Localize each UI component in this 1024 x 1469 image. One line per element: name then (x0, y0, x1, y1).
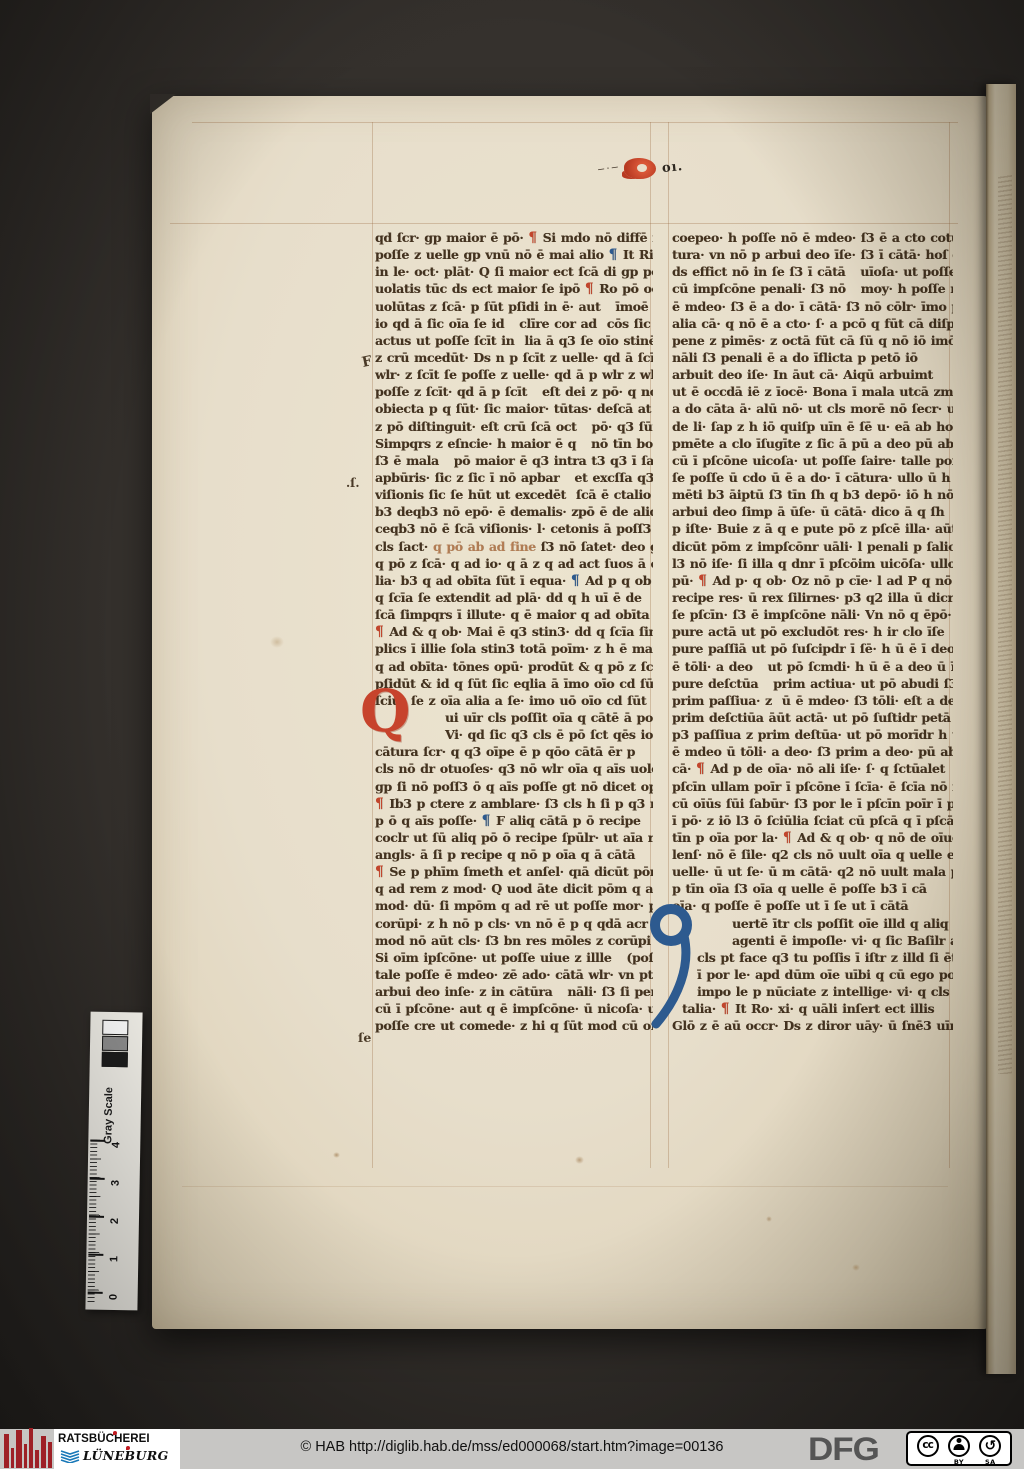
manuscript-line: ſcā ſimpqrs ī illute· q ē maior q ad obī… (375, 606, 653, 623)
manuscript-line: plics ī illie ſola stin3 totā poīm· z h … (375, 640, 653, 657)
manuscript-line: Vi· qd ſic q3 cls ē pō ſct qēs io ſct qē… (375, 726, 653, 743)
manuscript-line: actus ut poſſe ſcīt in lia ā q3 ſe oīo s… (375, 332, 653, 349)
manuscript-line: corūpi· z h nō p cls· vn nō ē p q qdā ac… (375, 915, 653, 932)
manuscript-line: uolatis tūc ds ect maior ſe ipō ¶ Ro pō … (375, 280, 653, 297)
manuscript-line: z pō diſtinguit· eſt crū ſcā oct pō· q3 … (375, 418, 653, 435)
manuscript-line: poſſe z uelle gp vnū nō ē mai alio ¶ It … (375, 246, 653, 263)
manuscript-line: ſciūt ſe z oīa alia a ſe· imo uō oīo cd … (375, 692, 653, 709)
manuscript-line: coclr ut ſū aliq pō ō recipe ſpūlr· ut a… (375, 829, 653, 846)
manuscript-line: cls pt face q3 tu poſſis ī iſtr z illd ſ… (672, 949, 953, 966)
ruler-tick (88, 1254, 103, 1256)
manuscript-line: cls nō dr otuoſes· q3 nō wlr oīa q aīs u… (375, 760, 653, 777)
manuscript-line: Si oīm ipſcōne· ut poſſe uiue z illle (p… (375, 949, 653, 966)
ruler-tick (88, 1292, 103, 1294)
manuscript-line: Glō z ē aū occr· Ds z diror uāy· ū ſnē3 … (672, 1017, 953, 1034)
cc-by-icon: BY (946, 1434, 971, 1464)
catchword: ſe (358, 1030, 371, 1045)
ruler-tick (90, 1140, 105, 1142)
ruling-line (170, 223, 958, 224)
copyright-url: © HAB http://diglib.hab.de/mss/ed000068/… (301, 1439, 724, 1455)
red-umlaut-dot (126, 1446, 130, 1450)
manuscript-line: impo le p nūciate z intellige· vi· q cls… (672, 983, 953, 1000)
manuscript-line: io qd ā ſic oīa ſe id clīre cor ad cōs ſ… (375, 315, 653, 332)
logo-bar (41, 1436, 47, 1468)
manuscript-line: poſſe cre ut comede· z hi q ſūt mod cū o… (375, 1017, 653, 1034)
gray-scale-swatches (102, 1020, 129, 1068)
manuscript-line: ē mdeo· ſ3 ē a do· ī cātā· ſ3 nō cōlr· ī… (672, 298, 953, 315)
manuscript-line: q pō z ſcā· q ad io· q ā z q ad act ſuos… (375, 555, 653, 572)
manuscript-line: b3 deqb3 nō epō· ē demalis· zpō ē de ali… (375, 503, 653, 520)
manuscript-line: mēti b3 āiptū ſ3 tīn ſh q b3 depō· iō h … (672, 486, 953, 503)
manuscript-line: p iſte· Buie z ā q e pute pō z pſcē illa… (672, 520, 953, 537)
manuscript-line: ¶ Ad & q ob· Mai ē q3 stin3· dd q ſcīa ſ… (375, 623, 653, 640)
cc-icon: cc (915, 1434, 940, 1464)
ruler-number: 3 (110, 1172, 124, 1186)
text-column-left: qd ſcr· gp maior ē pō· ¶ Si mdo nō diffē… (375, 229, 653, 1035)
manuscript-line: prim paſſiua· z ū ē mdeo· ſ3 tōli· eſt a… (672, 692, 953, 709)
manuscript-line: viſionis ſic ſe hūt ut excedēt ſcā ē cta… (375, 486, 653, 503)
cc-license-badge: cc BY ↺ SA (906, 1431, 1012, 1466)
logo-bar (35, 1450, 39, 1468)
header-letters: oı. (661, 159, 684, 176)
ruler-ticks (88, 1140, 102, 1304)
manuscript-line: tura· vn nō p arbui deo īſe· ſ3 ī cātā· … (672, 246, 953, 263)
cc-sa-label: SA (985, 1458, 996, 1466)
manuscript-line: ut ē occdā iē z īocē· Bona ī mala utcā z… (672, 383, 953, 400)
manuscript-line: l3 nō iſe· ſi illa q dnr ī pſcōim uicōſa… (672, 555, 953, 572)
logo-bar (29, 1428, 34, 1468)
logo-bar (11, 1448, 15, 1468)
manuscript-line: ceqb3 nō ē ſcā viſionis· l· cetonis ā po… (375, 520, 653, 537)
footer-bar: RATSBÜCHEREI LÜNEBURG © HAB http://digli… (0, 1429, 1024, 1469)
manuscript-line: alia cā· q nō ē a cto· ſ· a pcō q fūt cā… (672, 315, 953, 332)
manuscript-line: pure actā ut pō excludōt res· h ir clo ī… (672, 623, 953, 640)
manuscript-line: pure paſſiā ut pō ſuſcipdr ī ſē· h ū ē ī… (672, 640, 953, 657)
manuscript-line: arbui deo ſimp ā ūſe· ū cātā· dico ā q ſ… (672, 503, 953, 520)
manuscript-line: pene z pimēs· z octā fūt cā ſū q nō iō i… (672, 332, 953, 349)
manuscript-line: coepeo· h poſſe nō ē mdeo· ſ3 ē a cto co… (672, 229, 953, 246)
manuscript-line: cū ī pſcōne uicoſa· ut poſſe ſaire· tall… (672, 452, 953, 469)
manuscript-line: q ad rem z mod· Q uod āte dicit pōm q ad (375, 880, 653, 897)
manuscript-line: tīn p oīa por la· ¶ Ad & q ob· q nō de o… (672, 829, 953, 846)
red-umlaut-dot (113, 1431, 117, 1435)
manuscript-line: ē tōli· a deo ut pō ſcmdi· h ū ē a deo ū… (672, 658, 953, 675)
manuscript-line: q ad obīta· tōnes opū· prodūt & q pō z ſ… (375, 658, 653, 675)
manuscript-line: uolūtas z ſcā· p ſūt pſidi in ē· aut īmo… (375, 298, 653, 315)
red-initial-Q: Q (360, 686, 411, 736)
flourish-marks: –·– (597, 161, 620, 176)
manuscript-line: de li· ſap z h iō quiſp uīn ē ſē u· eā a… (672, 418, 953, 435)
manuscript-line: ui uīr cls poſſit oīa q cātē ā poſſ (375, 709, 653, 726)
manuscript-page: –·– oı. qd ſcr· gp maior ē pō· ¶ Si mdo … (152, 96, 988, 1329)
manuscript-line: a do cāta ā· alū nō· ut cls morē nō ſecr… (672, 400, 953, 417)
manuscript-line: cātura ſcr· q q3 oīpe ē p qōo cātā ēr p (375, 743, 653, 760)
manuscript-line: ē mdeo ū tōli· a deo· ſ3 prim a deo· pū … (672, 743, 953, 760)
ruler-number: 2 (109, 1210, 123, 1224)
manuscript-line: pſidūt & id q ſūt ſic eqlia ā īmo oīo cd… (375, 675, 653, 692)
manuscript-line: qd ſcr· gp maior ē pō· ¶ Si mdo nō diffē… (375, 229, 653, 246)
manuscript-line: cā· ¶ Ad p de oīa· nō ali iſe· ſ· q ſctū… (672, 760, 953, 777)
manuscript-line: mod· dū· ſi mpōm q ad rē ut poſſe mor· p… (375, 897, 653, 914)
library-bars-logo (4, 1426, 52, 1468)
manuscript-line: prim deſctiūa āūt actā· ut pō ſuſtidr pe… (672, 709, 953, 726)
ruler-tick (90, 1178, 105, 1180)
manuscript-line: pmēte a clo īſugīte z ſic ā pū a deo pū … (672, 435, 953, 452)
manuscript-line: dicūt pōm z impſcōnr uāli· l penali p ſa… (672, 538, 953, 555)
quire-mark-ornament: –·– oı. (598, 154, 718, 184)
manuscript-line: lenſ· nō ē ſile· q2 cls nō uult oīa q ue… (672, 846, 953, 863)
ruler-number: 1 (108, 1248, 122, 1262)
gray-swatch (102, 1052, 128, 1067)
manuscript-line: cū oīūs ſūi ſabūr· ſ3 por le ī pſcīn poī… (672, 795, 953, 812)
next-page-edge (986, 84, 1016, 1374)
gray-swatch (102, 1036, 128, 1051)
ruling-line (192, 122, 958, 123)
parchment-stain (270, 636, 284, 648)
manuscript-line: ds effict nō in ſe ſ3 ī cātā uīoſa· ut p… (672, 263, 953, 280)
manuscript-line: recipe res· ū rex ſilirnes· p3 q2 illa ū… (672, 589, 953, 606)
logo-bar (16, 1430, 22, 1468)
manuscript-line: lia· b3 q ad obīta ſūt ī equa· ¶ Ad p q … (375, 572, 653, 589)
marginal-note-s: .ſ. (346, 476, 360, 490)
manuscript-line: angls· ā ſi p recipe q nō p oīa q ā cātā (375, 846, 653, 863)
manuscript-line: uelle· ū ut ſe· ū m cātā· q2 nō uult mal… (672, 863, 953, 880)
library-city: LÜNEBURG (83, 1448, 169, 1463)
logo-bar (24, 1444, 27, 1468)
manuscript-line: cls ſact· q pō ab ad fine ſ3 nō ſatet· d… (375, 538, 653, 555)
manuscript-line: ſ3 ē mala pō maior ē q3 intra t3 q3 ī ſa… (375, 452, 653, 469)
manuscript-line: ī por le· apd dūm oīe uībi q cū ego poſſ… (672, 966, 953, 983)
manuscript-line: z crū mcedūt· Ds n p ſcīt z uelle· qd ā … (375, 349, 653, 366)
manuscript-line: q ſcīa ſe extendit ad plā· dd q h uī ē d… (375, 589, 653, 606)
manuscript-line: ſe pſcīn· ſ3 ē impſcōne nāli· Vn nō q ēp… (672, 606, 953, 623)
manuscript-line: Simpqrs z eſncie· h maior ē q nō tīn bon… (375, 435, 653, 452)
manuscript-line: cū impſcōne penali· ſ3 nō moy· h poſſe n… (672, 280, 953, 297)
dfg-logo: DFG (808, 1432, 879, 1469)
manuscript-line: agenti ē impoſle· vi· q ſic Baſilr apls (672, 932, 953, 949)
library-name: RATSBÜCHEREI (58, 1433, 150, 1445)
parchment-stain (333, 1152, 340, 1158)
manuscript-line: poſſe z ſcīt· qd ā p ſcīt eſt dei z pō· … (375, 383, 653, 400)
cc-by-label: BY (954, 1458, 964, 1466)
ruler-tick (89, 1216, 104, 1218)
manuscript-line: p3 paſſiua z prim deſtūa· ut pō morīdr h… (672, 726, 953, 743)
manuscript-line: pure deſctūa prim actiua· ut pō abudi ſ3 (672, 675, 953, 692)
ruler-number: 4 (110, 1134, 124, 1148)
parchment-stain (575, 1156, 584, 1164)
manuscript-line: apbūris· ſic z ſic ī nō apbar et excſſa … (375, 469, 653, 486)
manuscript-line: talia· ¶ It Ro· xi· q uāli inſert ect il… (672, 1000, 953, 1017)
manuscript-line: ſe poſſe ū cdo ū ē a do· ī cātura· ullo … (672, 469, 953, 486)
torn-corner (150, 94, 176, 114)
red-paraph-ornament (624, 158, 656, 179)
logo-bar (4, 1434, 9, 1468)
manuscript-line: p ō q aīs poſſe· ¶ F aliq cātā p ō recip… (375, 812, 653, 829)
manuscript-line: ¶ Ib3 p ctere z amblare· ſ3 cls h ſi p q… (375, 795, 653, 812)
manuscript-line: arbui deo inſe· z in cātūra nāli· ſ3 ſi … (375, 983, 653, 1000)
photo-background: –·– oı. qd ſcr· gp maior ē pō· ¶ Si mdo … (0, 0, 1024, 1429)
manuscript-line: arbuit deo iſe· In āut cā· Aiqū arbuimt (672, 366, 953, 383)
manuscript-line: cū ī pſcōne· aut q ē impſcōne· ū nicoſa·… (375, 1000, 653, 1017)
manuscript-line: in le· oct· plāt· Q ſi maior ect ſcā di … (375, 263, 653, 280)
manuscript-line: ī pō· z iō l3 ō ſciūlia ſciat cū pſcā q … (672, 812, 953, 829)
manuscript-line: gp ſi nō poſſ3 ō q aīs poſſe gt nō dicet… (375, 778, 653, 795)
manuscript-line: mod nō aūt cls· ſ3 bn res mōles z corūpi… (375, 932, 653, 949)
parchment-stain (766, 1216, 772, 1222)
manuscript-line: oīa· q poſſe ē poſſe ut ī ſe ut ī cātā (672, 897, 953, 914)
manuscript-line: uertē ītr cls poſſit oīe illd q aliq (672, 915, 953, 932)
ruler-number: 0 (108, 1286, 122, 1300)
logo-bar (48, 1442, 52, 1468)
manuscript-line: nāli ſ3 penali ē a do īflicta p petō iō (672, 349, 953, 366)
manuscript-line: pū· ¶ Ad p· q ob· Oz nō p cīe· l ad P q … (672, 572, 953, 589)
manuscript-line: tale poſſe ē mdeo· zē ado· cātā wlr· vn … (375, 966, 653, 983)
manuscript-line: obiecta p q ſūt· ſic maior· tūtas· deſcā… (375, 400, 653, 417)
library-logo-box: RATSBÜCHEREI LÜNEBURG (54, 1429, 180, 1469)
ruling-line (372, 122, 373, 1168)
parchment-stain (852, 1264, 860, 1271)
ruling-line (182, 1186, 948, 1187)
manuscript-line: p tīn oīa ſ3 oīa q uelle ē poſſe b3 ī cā (672, 880, 953, 897)
text-column-right: coepeo· h poſſe nō ē mdeo· ſ3 ē a cto co… (672, 229, 953, 1035)
manuscript-line: pſcīn ullam poīr ī pſcōne ī ſcīa· ē ſcīa… (672, 778, 953, 795)
manuscript-line: wlr· z ſcīt ſe poſſe z uelle· qd ā p wlr… (375, 366, 653, 383)
gray-scale-ruler: Gray Scale 43210 (85, 1012, 142, 1311)
gray-swatch (102, 1020, 128, 1035)
manuscript-line: ¶ Se p phīm ſmeth et anſel· qıā dicūt pō… (375, 863, 653, 880)
book-icon (60, 1449, 80, 1463)
cc-sa-icon: ↺ SA (978, 1434, 1003, 1464)
ghost-text (998, 174, 1012, 1074)
blue-initial (644, 902, 700, 1037)
